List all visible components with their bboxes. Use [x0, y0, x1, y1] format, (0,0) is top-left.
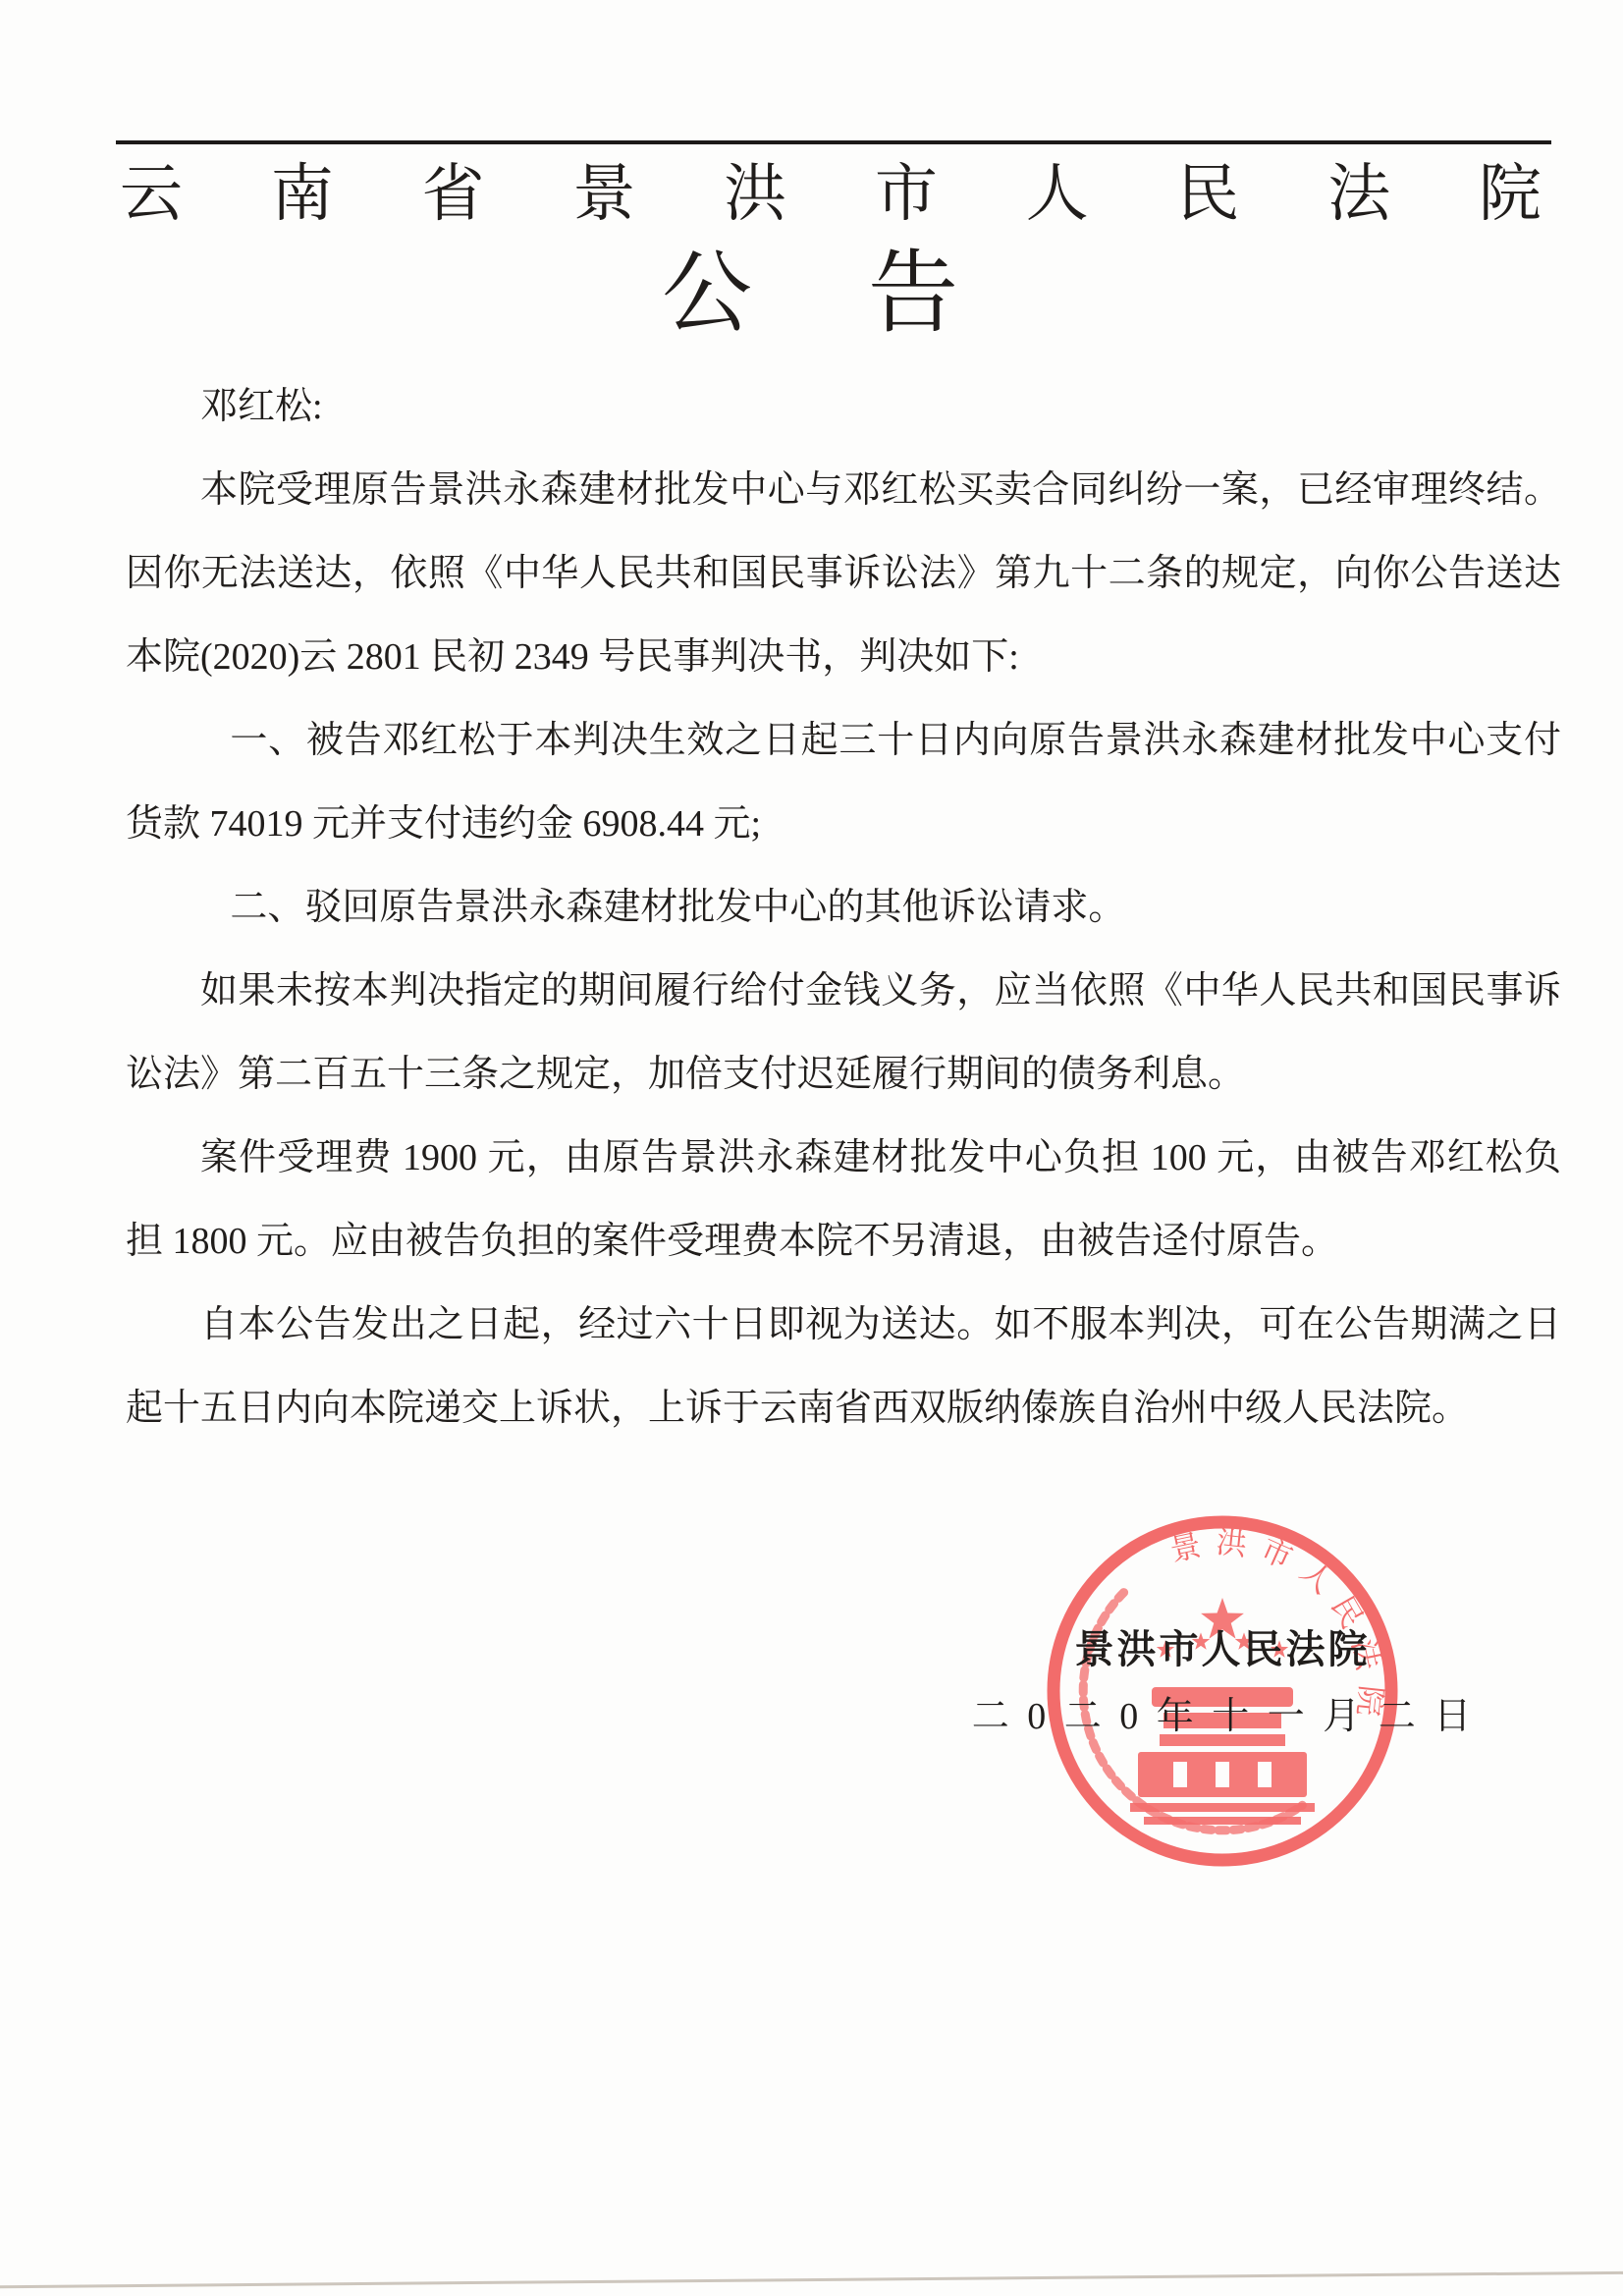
- court-announcement-page: 云 南 省 景 洪 市 人 民 法 院 公 告 邓红松: 本院受理原告景洪永森建…: [0, 0, 1623, 2296]
- announcement-body: 邓红松: 本院受理原告景洪永森建材批发中心与邓红松买卖合同纠纷一案，已经审理终结…: [126, 365, 1561, 1450]
- court-title: 云 南 省 景 洪 市 人 民 法 院: [120, 153, 1542, 236]
- paragraph-interest: 如果未按本判决指定的期间履行给付金钱义务，应当依照《中华人民共和国民事诉讼法》第…: [126, 950, 1561, 1117]
- paragraph-fees: 案件受理费 1900 元，由原告景洪永森建材批发中心负担 100 元，由被告邓红…: [126, 1117, 1561, 1284]
- judgment-item-2: 二、驳回原告景洪永森建材批发中心的其他诉讼请求。: [126, 866, 1561, 950]
- signature-date: 二 0 二 0 年 十 一 月 二 日: [952, 1685, 1492, 1739]
- signature-court-name: 景洪市人民法院: [952, 1618, 1492, 1674]
- paragraph-service-period: 自本公告发出之日起，经过六十日即视为送达。如不服本判决，可在公告期满之日起十五日…: [126, 1284, 1561, 1450]
- judgment-item-1: 一、被告邓红松于本判决生效之日起三十日内向原告景洪永森建材批发中心支付货款 74…: [126, 699, 1561, 866]
- paragraph-case-intro: 本院受理原告景洪永森建材批发中心与邓红松买卖合同纠纷一案，已经审理终结。因你无法…: [126, 449, 1561, 699]
- notice-heading: 公 告: [10, 236, 1610, 352]
- header-rule: [116, 140, 1551, 144]
- page-bottom-scan-line: [0, 2271, 1623, 2289]
- salutation: 邓红松:: [126, 365, 1561, 449]
